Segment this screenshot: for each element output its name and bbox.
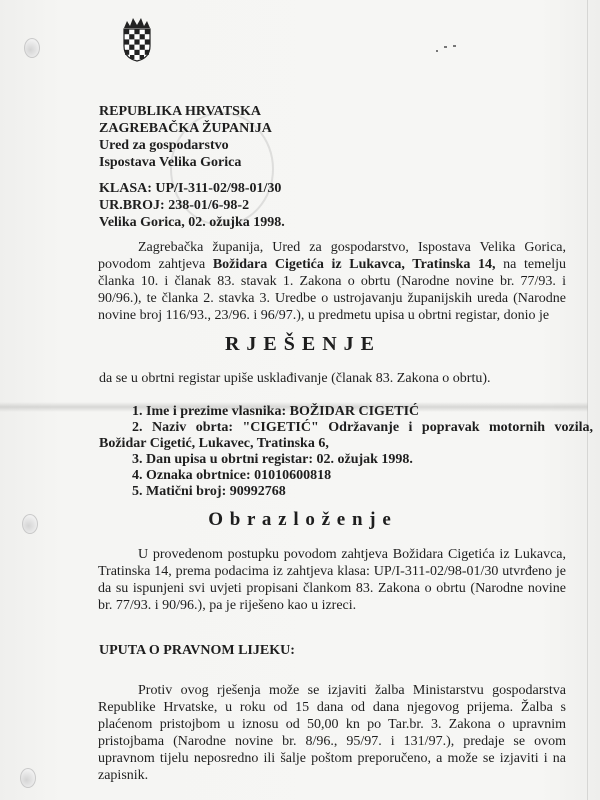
place-and-date: Velika Gorica, 02. ožujka 1998. <box>99 214 285 231</box>
legal-remedy-text: Protiv ovog rješenja može se izjaviti ža… <box>98 682 566 784</box>
item-registration-date: 3. Dan upisa u obrtni registar: 02. ožuj… <box>132 452 593 468</box>
reasoning-paragraph: U provedenom postupku povodom zahtjeva B… <box>98 546 566 614</box>
reasoning-text: U provedenom postupku povodom zahtjeva B… <box>98 546 566 614</box>
item-business-name: 2. Naziv obrta: "CIGETIĆ" Održavanje i p… <box>132 420 593 436</box>
item-license-mark: 4. Oznaka obrtnice: 01010600818 <box>132 468 593 484</box>
urbroj-number: UR.BROJ: 238-01/6-98-2 <box>99 197 249 214</box>
decision-text: da se u obrtni registar upiše usklađivan… <box>99 371 491 387</box>
applicant-name: Božidara Cigetića iz Lukavca, Tratinska … <box>213 257 496 272</box>
scanned-document-page: REPUBLIKA HRVATSKA ZAGREBAČKA ŽUPANIJA U… <box>0 0 600 800</box>
croatian-coat-of-arms-icon <box>122 16 152 62</box>
speck <box>436 50 438 52</box>
paper-edge-line <box>587 0 588 800</box>
header-republic: REPUBLIKA HRVATSKA <box>99 103 261 120</box>
item-owner: 1. Ime i prezime vlasnika: BOŽIDAR CIGET… <box>132 404 593 420</box>
item-business-address: Božidar Cigetić, Lukavec, Tratinska 6, <box>99 436 593 452</box>
punch-hole-icon <box>24 38 40 58</box>
decision-title: R J E Š E N J E <box>0 333 600 356</box>
intro-paragraph: Zagrebačka županija, Ured za gospodarstv… <box>98 239 566 324</box>
decision-items: 1. Ime i prezime vlasnika: BOŽIDAR CIGET… <box>132 404 593 500</box>
header-branch: Ispostava Velika Gorica <box>99 154 241 171</box>
klasa-number: KLASA: UP/I-311-02/98-01/30 <box>99 180 281 197</box>
punch-hole-icon <box>20 768 36 788</box>
header-county: ZAGREBAČKA ŽUPANIJA <box>99 120 272 137</box>
speck <box>444 46 447 48</box>
speck <box>453 45 456 47</box>
legal-remedy-paragraph: Protiv ovog rješenja može se izjaviti ža… <box>98 682 566 784</box>
reasoning-title: O b r a z l o ž e n j e <box>0 509 600 531</box>
header-office: Ured za gospodarstvo <box>99 137 229 154</box>
item-registry-number: 5. Matični broj: 90992768 <box>132 484 593 500</box>
legal-remedy-title: UPUTA O PRAVNOM LIJEKU: <box>99 643 295 659</box>
